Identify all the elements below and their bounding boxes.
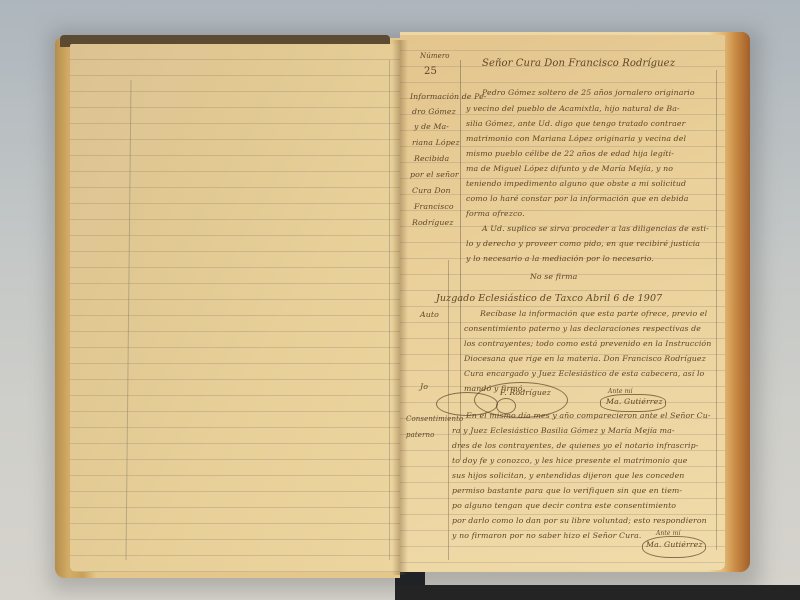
addressee-heading: Señor Cura Don Francisco Rodríguez: [482, 58, 675, 69]
margin-note-line: riana López: [412, 138, 460, 147]
margin-note-line: Francisco: [414, 202, 454, 211]
petition-line: como lo haré constar por la información …: [466, 194, 689, 203]
consent-line: ra y Juez Eclesiástico Basilia Gómez y M…: [452, 426, 675, 435]
decree-line: Cura encargado y Juez Eclesiástico de es…: [464, 369, 704, 378]
consent-line: po alguno tengan que decir contra este c…: [452, 501, 676, 510]
consent-margin-text: Consentimiento paterno: [406, 411, 456, 443]
number-label: Número: [420, 52, 450, 60]
petition-line: y lo necesario a la mediación por lo nec…: [466, 254, 654, 263]
table-edge: [395, 585, 800, 600]
decree-margin-label: Auto: [420, 310, 439, 319]
margin-note-line: por el señor: [410, 170, 459, 179]
margin-note-line: Información de Pe-: [410, 92, 487, 101]
decree-line: los contrayentes; todo como está preveni…: [464, 339, 711, 348]
decree-line: consentimiento paterno y las declaracion…: [464, 324, 701, 333]
petition-line: silia Gómez, ante Ud. digo que tengo tra…: [466, 119, 685, 128]
no-signature-note: No se firma: [530, 272, 577, 281]
consent-line: por darlo como lo dan por su libre volun…: [452, 516, 707, 525]
petition-line: teniendo impedimento alguno que obste a …: [466, 179, 686, 188]
right-page-right-rule: [716, 70, 717, 550]
margin-note-line: dro Gómez: [412, 107, 456, 116]
petition-line: A Ud. suplico se sirva proceder a las di…: [482, 224, 709, 233]
book-gutter: [392, 40, 408, 575]
margin-note-line: y de Ma-: [414, 122, 449, 131]
margin-note-line: Rodríguez: [412, 218, 453, 227]
petition-line: forma ofrezco.: [466, 209, 525, 218]
consent-line: dres de los contrayentes, de quienes yo …: [452, 441, 698, 450]
consent-line: En el mismo día mes y año comparecieron …: [466, 411, 711, 420]
decree-line: Diocesana que rige en la materia. Don Fr…: [464, 354, 706, 363]
petition-line: lo y derecho y proveer como pido, en que…: [466, 239, 700, 248]
consent-line: to doy fe y conozco, y les hice presente…: [452, 456, 687, 465]
consent-line: permiso bastante para que lo verifiquen …: [452, 486, 682, 495]
petition-line: y vecino del pueblo de Acamixtla, hijo n…: [466, 104, 680, 113]
petition-line: Pedro Gómez soltero de 25 años jornalero…: [482, 88, 695, 97]
consent-line: y no firmaron por no saber hizo el Señor…: [452, 531, 641, 540]
consent-line: sus hijos solicitan, y entendidas dijero…: [452, 471, 684, 480]
entry-number: 25: [424, 66, 437, 77]
petition-line: mismo pueblo célibe de 22 años de edad h…: [466, 149, 674, 158]
left-page-blank: [70, 44, 400, 572]
margin-note-line: Recibida: [414, 154, 449, 163]
decree-line: Recíbase la información que esta parte o…: [480, 309, 707, 318]
cura-signature: F. Rodríguez: [500, 388, 551, 397]
petition-line: matrimonio con Mariana López originaria …: [466, 134, 686, 143]
decree-place-date: Juzgado Eclesiástico de Taxco Abril 6 de…: [436, 293, 662, 304]
margin-note-line: Cura Don: [412, 186, 451, 195]
closing-notary-signature: Ma. Gutiérrez: [646, 540, 703, 549]
marginal-mark: Jo: [420, 382, 428, 391]
notary-signature: Ma. Gutiérrez: [606, 397, 663, 406]
left-page-inner-rule: [389, 60, 390, 560]
petition-line: ma de Miguel López difunto y de María Me…: [466, 164, 673, 173]
